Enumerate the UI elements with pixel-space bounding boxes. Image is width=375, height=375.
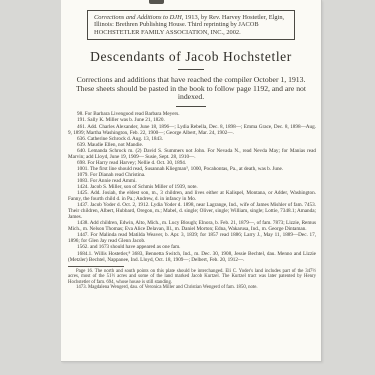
page-title: Descendants of Jacob Hochstetler — [61, 49, 321, 65]
document-page: Corrections and Additions to DJH, 1913, … — [61, 0, 322, 362]
correction-entry: 1001. The first line should read, Susann… — [68, 166, 316, 172]
correction-entry: 1684.1. Willis Hostetler,⁸ 3683, Bennett… — [68, 251, 316, 263]
correction-entry: 1425. Add. Josiah, the eldest son, m., 3… — [68, 190, 316, 202]
title-divider — [178, 69, 204, 70]
correction-entry: 1437. Jacob Yoder d. Oct. 2, 1912. Lydia… — [68, 202, 316, 220]
intro-paragraph: Corrections and additions that have reac… — [73, 76, 309, 101]
scan-mark — [149, 0, 164, 4]
publisher-note-box: Corrections and Additions to DJH, 1913, … — [87, 10, 295, 40]
correction-entry: 461. Add. Charles Alexander, June 18, 18… — [68, 124, 316, 136]
footnote: 1473. Magdalena Wengerd, dau. of Veronic… — [68, 285, 316, 290]
corrections-list: 98. For Barbara Livengood read Barbara M… — [68, 111, 316, 262]
footnote-list: Page 16. The north and south points on t… — [68, 269, 316, 291]
footnote: Page 16. The north and south points on t… — [68, 269, 316, 285]
footnotes-section: Page 16. The north and south points on t… — [68, 266, 316, 291]
footnote-divider — [68, 266, 124, 267]
correction-entry: 1438. Add children, Edwin, Alto, Mich., … — [68, 220, 316, 232]
correction-entry: 640. Lemanda Schrock m. (2) David S. Sum… — [68, 148, 316, 160]
section-divider — [176, 106, 206, 107]
scan-backdrop: Corrections and Additions to DJH, 1913, … — [0, 0, 375, 375]
correction-entry: 1447. For Malinda read Matilda Weaver, b… — [68, 232, 316, 244]
publisher-note-italic: Corrections and Additions to DJH, — [94, 14, 183, 21]
